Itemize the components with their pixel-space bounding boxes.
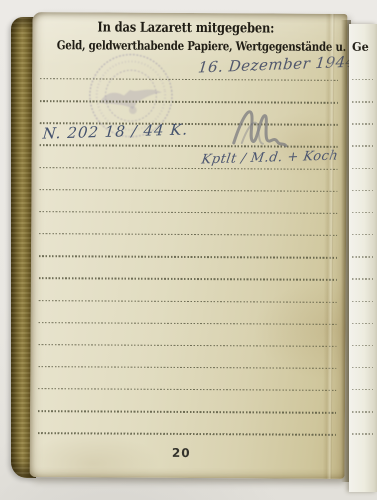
ruled-line (38, 366, 336, 369)
ruled-line (40, 145, 338, 148)
ruled-line (39, 255, 337, 258)
ruled-line (352, 433, 373, 434)
ruled-line (352, 234, 373, 235)
ruled-line (352, 123, 373, 124)
ruled-line (39, 189, 337, 192)
handwritten-signature: Kptlt / M.d. + Koch (200, 148, 339, 167)
ruled-line (352, 190, 373, 191)
booklet-page: In das Lazarett mitgegeben: Geld, geldwe… (30, 12, 348, 479)
ruled-line (39, 300, 337, 303)
ruled-line (39, 167, 337, 170)
header-line-2: Geld, geldwerthabende Papiere, Wertgegen… (57, 38, 315, 54)
ruled-line (38, 388, 336, 391)
ruled-line (40, 100, 338, 103)
ruled-line (352, 411, 373, 412)
facing-page-partial-header: Ge (352, 39, 369, 54)
ruled-line (39, 277, 337, 280)
ruled-line (38, 344, 336, 347)
ruled-line (352, 345, 373, 346)
ruled-line (352, 323, 373, 324)
page-crease (323, 14, 335, 479)
ruled-line (352, 101, 373, 102)
ruled-line (38, 432, 336, 435)
ruled-line (352, 278, 373, 279)
ruled-line (352, 389, 373, 390)
ruled-line (352, 367, 373, 368)
pencil-scribble (227, 102, 297, 158)
ruled-line (352, 79, 373, 80)
photo-background: In das Lazarett mitgegeben: Geld, geldwe… (0, 0, 377, 500)
ruled-line (39, 322, 337, 325)
ruled-line (39, 233, 337, 236)
page-header: In das Lazarett mitgegeben: Geld, geldwe… (32, 19, 339, 54)
ruled-lines (32, 12, 347, 14)
facing-page-edge: Ge (349, 24, 377, 492)
ruled-line (352, 168, 373, 169)
ruled-line (352, 301, 373, 302)
ruled-line (352, 145, 373, 146)
ruled-line (39, 211, 337, 214)
ruled-line (352, 212, 373, 213)
ruled-line (38, 410, 336, 413)
handwritten-entry: N. 202 18 / 44 K. (42, 120, 189, 142)
ruled-line (352, 256, 373, 257)
header-line-1: In das Lazarett mitgegeben: (55, 19, 316, 37)
page-number: 20 (30, 445, 333, 461)
